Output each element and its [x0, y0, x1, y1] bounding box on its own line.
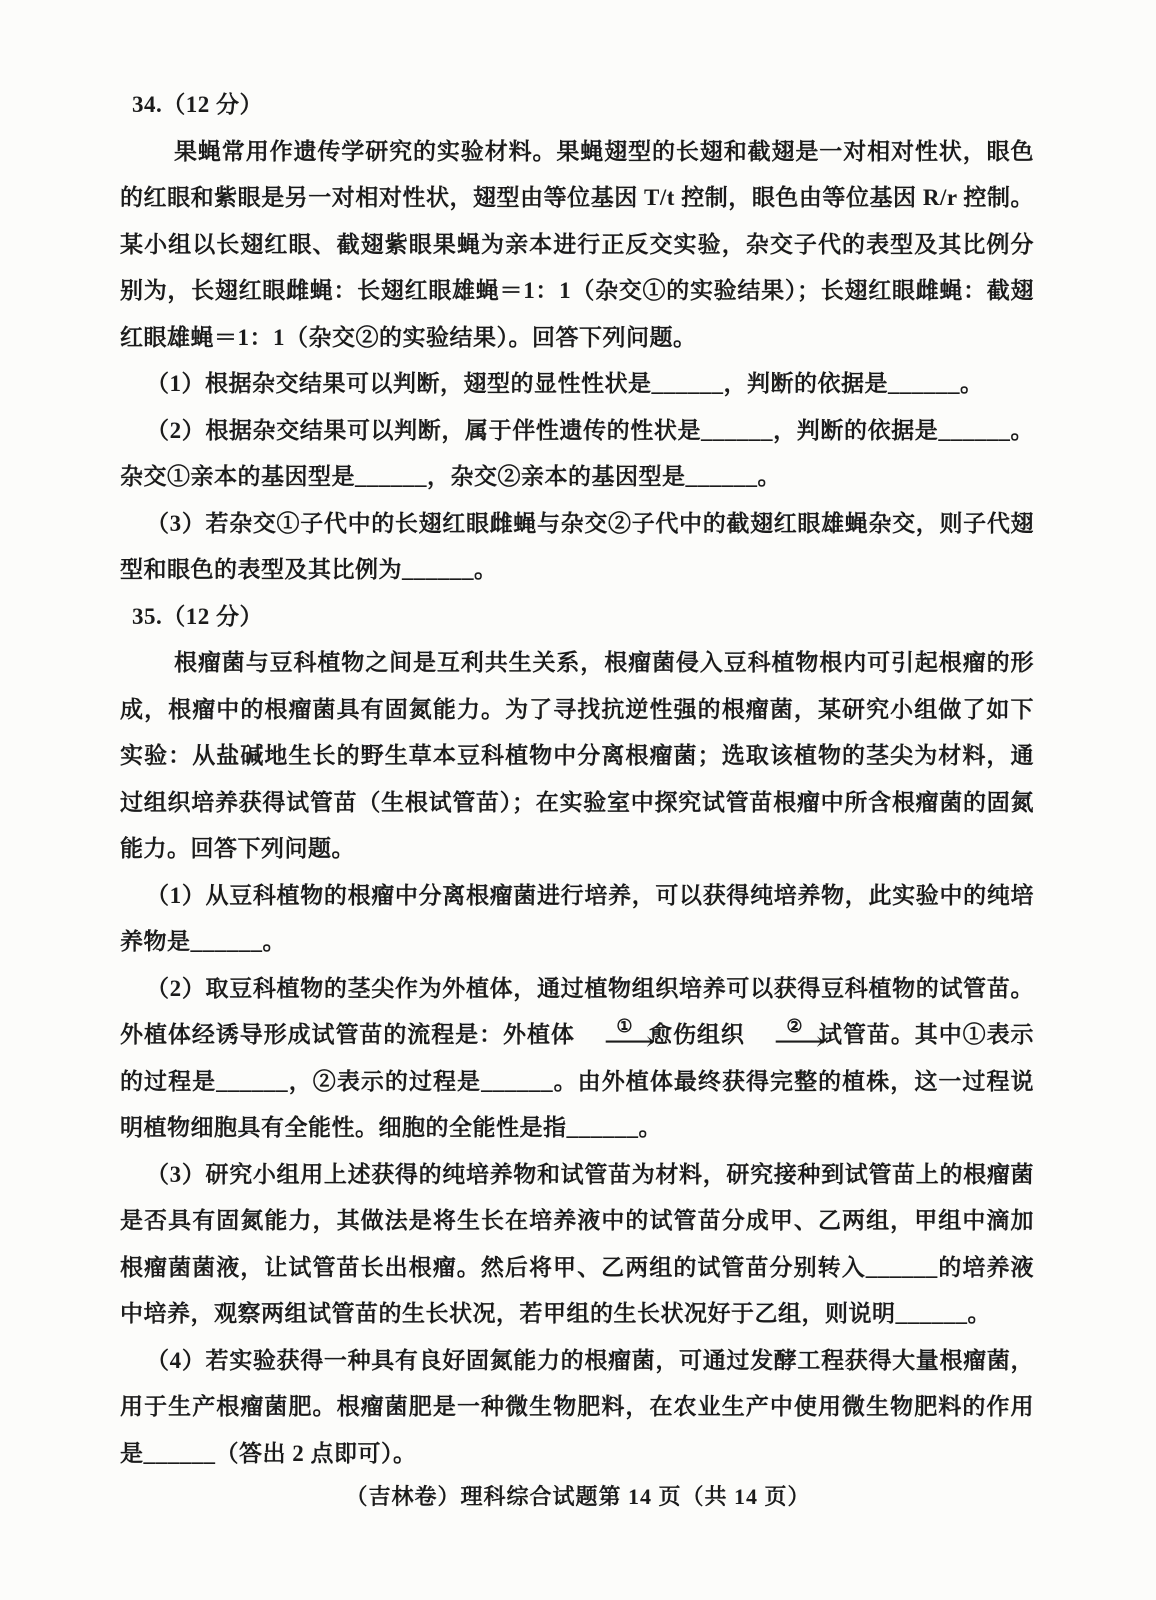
question-34-item-3: （3）若杂交①子代中的长翅红眼雌蝇与杂交②子代中的截翅红眼雄蝇杂交，则子代翅型和… [120, 501, 1034, 594]
question-34-item-2: （2）根据杂交结果可以判断，属于伴性遗传的性状是______，判断的依据是___… [120, 408, 1034, 501]
exam-page: 34.（12 分） 果蝇常用作遗传学研究的实验材料。果蝇翅型的长翅和截翅是一对相… [0, 0, 1156, 1600]
question-35: 35.（12 分） 根瘤菌与豆科植物之间是互利共生关系，根瘤菌侵入豆科植物根内可… [120, 594, 1034, 1478]
flow-arrow-1: ①⟶ [580, 1018, 644, 1049]
question-35-number: 35.（12 分） [120, 594, 1034, 641]
question-35-intro: 根瘤菌与豆科植物之间是互利共生关系，根瘤菌侵入豆科植物根内可引起根瘤的形成，根瘤… [120, 640, 1034, 873]
question-35-item-3: （3）研究小组用上述获得的纯培养物和试管苗为材料，研究接种到试管苗上的根瘤菌是否… [120, 1152, 1034, 1338]
question-35-item-2: （2）取豆科植物的茎尖作为外植体，通过植物组织培养可以获得豆科植物的试管苗。外植… [120, 966, 1034, 1152]
question-34-intro: 果蝇常用作遗传学研究的实验材料。果蝇翅型的长翅和截翅是一对相对性状，眼色的红眼和… [120, 129, 1034, 362]
question-35-item-4: （4）若实验获得一种具有良好固氮能力的根瘤菌，可通过发酵工程获得大量根瘤菌，用于… [120, 1338, 1034, 1478]
question-35-item-1: （1）从豆科植物的根瘤中分离根瘤菌进行培养，可以获得纯培养物，此实验中的纯培养物… [120, 873, 1034, 966]
q35-item2-text-middle: 愈伤组织 [649, 1022, 745, 1047]
question-34-number: 34.（12 分） [120, 82, 1034, 129]
flow-arrow-2: ②⟶ [750, 1018, 814, 1049]
question-34: 34.（12 分） 果蝇常用作遗传学研究的实验材料。果蝇翅型的长翅和截翅是一对相… [120, 82, 1034, 594]
arrow-right-icon: ⟶ [737, 1034, 826, 1049]
question-34-item-1: （1）根据杂交结果可以判断，翅型的显性性状是______，判断的依据是_____… [120, 361, 1034, 408]
arrow-right-icon: ⟶ [567, 1034, 656, 1049]
exam-content: 34.（12 分） 果蝇常用作遗传学研究的实验材料。果蝇翅型的长翅和截翅是一对相… [120, 82, 1034, 1477]
page-footer: （吉林卷）理科综合试题第 14 页（共 14 页） [0, 1480, 1156, 1511]
